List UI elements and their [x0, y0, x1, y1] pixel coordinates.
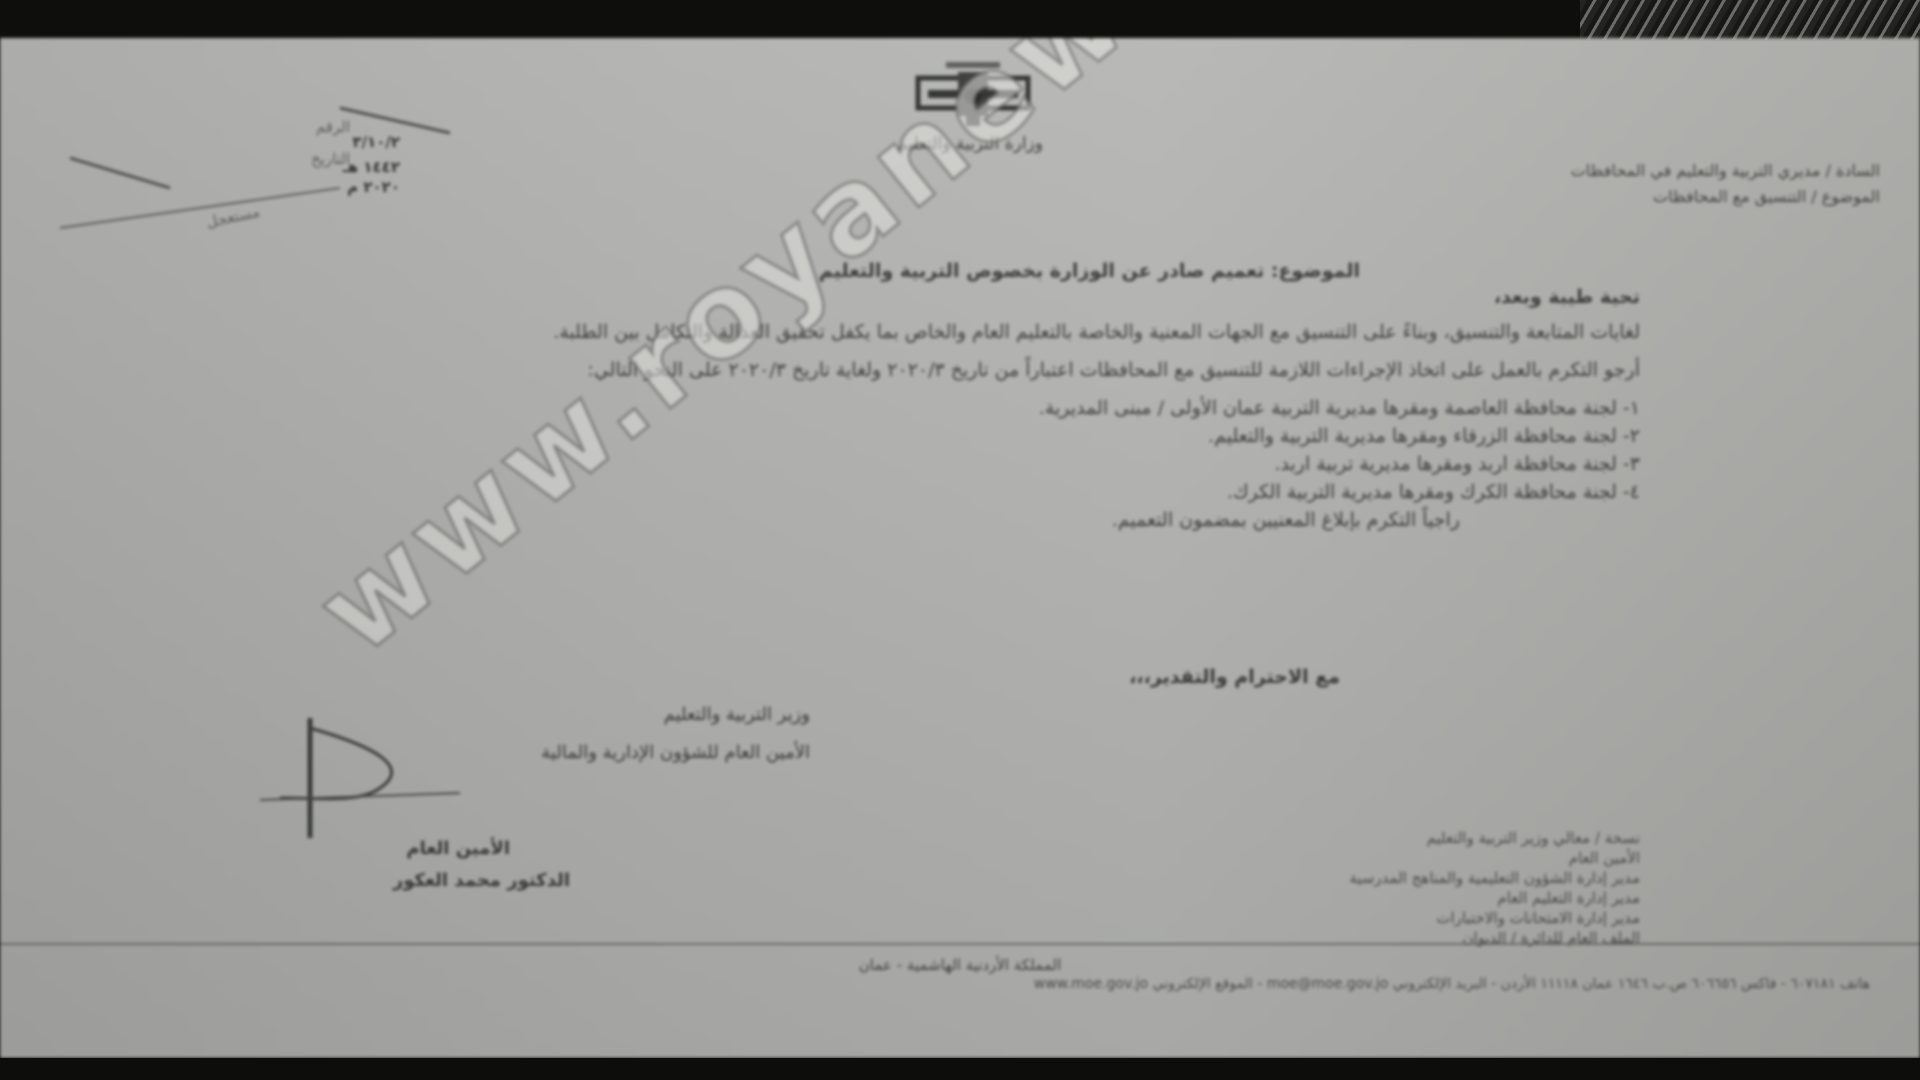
reference-block: الرقم ٣/١٠/٢ التاريخ ١٤٤٢ هـ ٢٠٢٠ م مستع…	[40, 78, 460, 248]
signature-block: وزير التربية والتعليم الأمين العام للشؤو…	[170, 698, 810, 908]
signature-line: الأمين العام للشؤون الإدارية والمالية	[170, 742, 810, 763]
signature-title: الأمين العام	[406, 838, 510, 859]
reference-box-lines-icon	[40, 78, 460, 248]
signature-line: وزير التربية والتعليم	[170, 704, 810, 725]
photo-top-frame	[0, 0, 1920, 40]
background-fabric	[1580, 0, 1920, 40]
photo-bottom-frame	[0, 1058, 1920, 1080]
reference-date-gregorian: ٢٠٢٠ م	[347, 178, 400, 196]
reference-date-label: التاريخ	[311, 150, 350, 168]
letter-body: لغايات المتابعة والتنسيق، وبناءً على الت…	[215, 318, 1640, 544]
list-item: ٢- لجنة محافظة الزرقاء ومقرها مديرية الت…	[215, 422, 1640, 450]
letter-greeting: تحية طيبة وبعد،	[1000, 286, 1640, 308]
ministry-name: وزارة التربية والتعليم	[750, 134, 1190, 154]
cc-line: الأمين العام	[940, 848, 1640, 868]
cc-line: مدير إدارة التعليم العام	[940, 888, 1640, 908]
addressee-block: السادة / مديري التربية والتعليم في المحا…	[1320, 158, 1880, 210]
addressee-line: الموضوع / التنسيق مع المحافظات	[1320, 184, 1880, 210]
coat-of-arms-icon	[898, 60, 1048, 130]
footer-divider	[0, 943, 1920, 945]
letter-subject: الموضوع: تعميم صادر عن الوزارة بخصوص الت…	[500, 260, 1360, 282]
body-paragraph: لغايات المتابعة والتنسيق، وبناءً على الت…	[215, 318, 1640, 346]
watermark: www.royanews.tv	[292, 38, 1367, 681]
handwritten-note: مستعجل	[204, 203, 261, 232]
list-item: ٤- لجنة محافظة الكرك ومقرها مديرية الترب…	[215, 478, 1640, 506]
addressee-line: السادة / مديري التربية والتعليم في المحا…	[1320, 158, 1880, 184]
cc-line: مدير إدارة الامتحانات والاختبارات	[940, 908, 1640, 928]
committee-list: ١- لجنة محافظة العاصمة ومقرها مديرية الت…	[215, 394, 1640, 506]
cc-line: مدير إدارة الشؤون التعليمية والمناهج الم…	[940, 868, 1640, 888]
body-trailer: راجياً التكرم بإبلاغ المعنيين بمضمون الت…	[215, 506, 1640, 534]
body-paragraph: أرجو التكرم بالعمل على اتخاذ الإجراءات ا…	[215, 356, 1640, 384]
letter-closing: مع الاحترام والتقدير،،،	[740, 666, 1340, 688]
list-item: ٣- لجنة محافظة اربد ومقرها مديرية تربية …	[215, 450, 1640, 478]
cc-line: الملف العام للدائرة / الديوان	[940, 928, 1640, 948]
handwritten-signature-icon	[260, 708, 520, 848]
footer-title: المملكة الأردنية الهاشمية - عمان	[600, 956, 1320, 974]
reference-number-label: الرقم	[316, 118, 350, 136]
cc-line: نسخة / معالي وزير التربية والتعليم	[940, 828, 1640, 848]
carbon-copy-list: نسخة / معالي وزير التربية والتعليم الأمي…	[940, 828, 1640, 948]
letter-page: الرقم ٣/١٠/٢ التاريخ ١٤٤٢ هـ ٢٠٢٠ م مستع…	[0, 38, 1920, 1058]
signatory-name: الدكتور محمد العكور	[393, 870, 570, 891]
reference-number-value: ٣/١٠/٢	[352, 133, 400, 151]
footer-contact: هاتف ٦٠٧١٨١ - فاكس ٦٠٦٦٥٦ ص.ب ١٦٤٦ عمان …	[0, 976, 1870, 992]
reference-date-hijri: ١٤٤٢ هـ	[343, 158, 400, 176]
list-item: ١- لجنة محافظة العاصمة ومقرها مديرية الت…	[215, 394, 1640, 422]
